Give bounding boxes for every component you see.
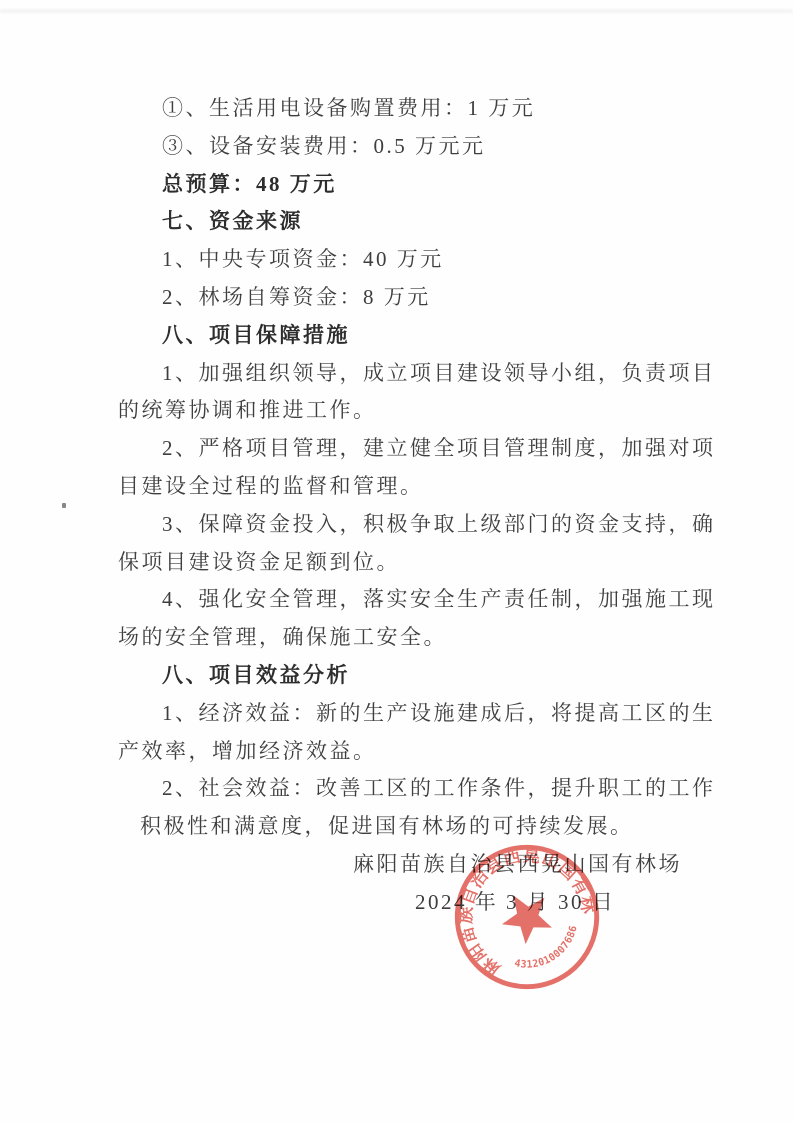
section-heading: 八、项目效益分析 xyxy=(118,657,698,695)
body-line: 1、加强组织领导，成立项目建设领导小组，负责项目 xyxy=(118,355,698,393)
total-budget-line: 总预算：48 万元 xyxy=(118,166,698,204)
seal-star-icon xyxy=(492,882,560,949)
budget-item-line: ①、生活用电设备购置费用：1 万元 xyxy=(118,90,698,128)
body-line: 4、强化安全管理，落实安全生产责任制，加强施工现 xyxy=(118,581,698,619)
section-heading: 八、项目保障措施 xyxy=(118,317,698,355)
body-line: 2、严格项目管理，建立健全项目管理制度，加强对项 xyxy=(118,430,698,468)
scan-artifact-speck xyxy=(62,503,66,508)
seal-code: 4312010007686 xyxy=(509,920,589,983)
seal-code-holder: 4312010007686 xyxy=(509,920,589,983)
body-line: 2、社会效益：改善工区的工作条件，提升职工的工作 xyxy=(118,770,698,808)
signature-organization: 麻阳苗族自治县西晃山国有林场 xyxy=(118,846,698,884)
funding-item-line: 2、林场自筹资金：8 万元 xyxy=(118,279,698,317)
funding-item-line: 1、中央专项资金：40 万元 xyxy=(118,241,698,279)
body-line: 目建设全过程的监督和管理。 xyxy=(118,468,698,506)
body-line: 产效率，增加经济效益。 xyxy=(118,733,698,771)
signature-date: 2024 年 3 月 30 日 xyxy=(118,884,698,922)
body-line: 场的安全管理，确保施工安全。 xyxy=(118,619,698,657)
budget-item-line: ③、设备安装费用：0.5 万元元 xyxy=(118,128,698,166)
official-seal-graphic: 麻阳苗族自治县西晃山国有林场 4312010007686 xyxy=(449,839,605,995)
document-page: ①、生活用电设备购置费用：1 万元 ③、设备安装费用：0.5 万元元 总预算：4… xyxy=(0,0,793,1122)
document-body: ①、生活用电设备购置费用：1 万元 ③、设备安装费用：0.5 万元元 总预算：4… xyxy=(118,0,698,922)
body-line: 的统筹协调和推进工作。 xyxy=(118,392,698,430)
body-line: 保项目建设资金足额到位。 xyxy=(118,544,698,582)
body-line: 1、经济效益：新的生产设施建成后，将提高工区的生 xyxy=(118,695,698,733)
body-line: 3、保障资金投入，积极争取上级部门的资金支持，确 xyxy=(118,506,698,544)
section-heading: 七、资金来源 xyxy=(118,203,698,241)
body-line: 积极性和满意度，促进国有林场的可持续发展。 xyxy=(118,808,698,846)
official-seal: 麻阳苗族自治县西晃山国有林场 4312010007686 xyxy=(449,839,605,995)
